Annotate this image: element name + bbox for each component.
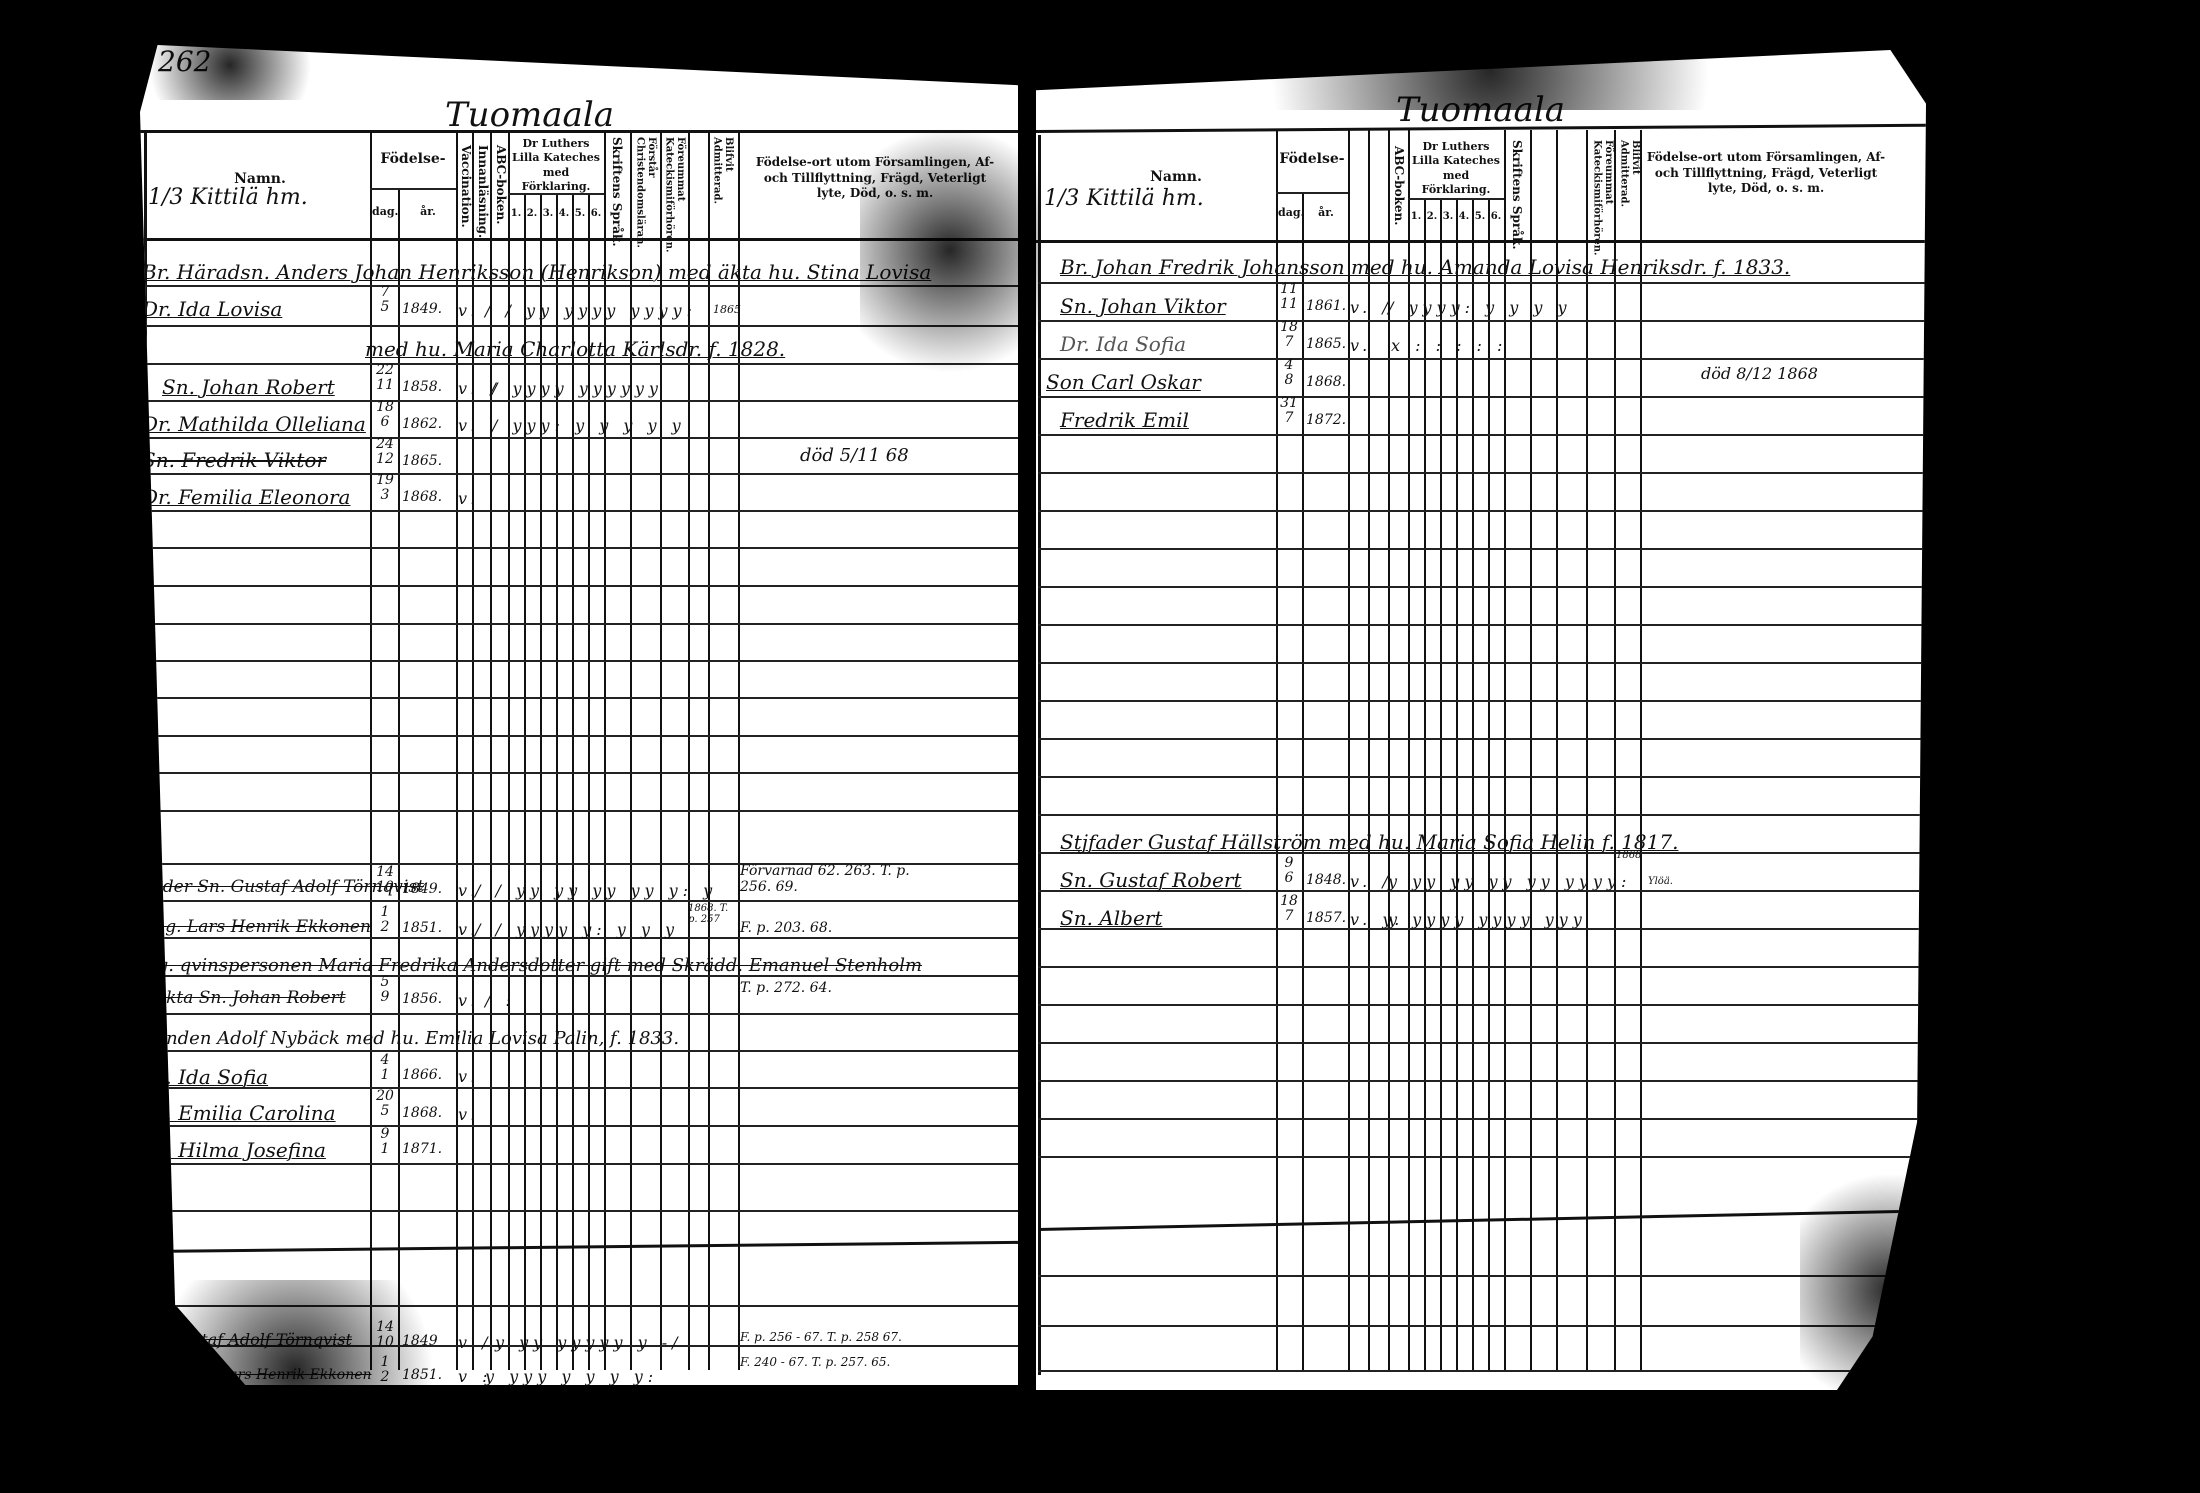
birth-year: 1862. (402, 416, 442, 432)
row-rule (144, 547, 1018, 549)
catechism-subheader-rule (1408, 198, 1504, 200)
entry-name: Dr. Ida Lovisa (142, 297, 282, 321)
name-header: Namn. (1116, 168, 1236, 186)
birth-day-header: dag. (1278, 206, 1302, 220)
vaccination-mark: v. (458, 301, 480, 320)
row-rule (144, 437, 1018, 439)
col-divider (524, 193, 526, 1370)
catechism-part-3: 3. (1440, 210, 1456, 223)
row-rule (144, 660, 1018, 662)
birth-day-month: 186 (375, 400, 395, 429)
row-rule (144, 1163, 1018, 1165)
row-rule (144, 400, 1018, 402)
row-rule (144, 1210, 1018, 1212)
col-divider (398, 188, 400, 1370)
entry-name: Fredrik Emil (1060, 408, 1189, 432)
col-divider (1488, 198, 1490, 1370)
col-divider (588, 193, 590, 1370)
vaccination-mark: v. (458, 1067, 480, 1086)
row-rule (1038, 472, 1926, 474)
remarks-note: T. p. 272. 64. (740, 980, 832, 996)
entry-name: Sn. Albert (1060, 906, 1162, 930)
birth-day-month: 1410 (375, 865, 395, 894)
entry-name: Dr. Ida Sofia (1060, 332, 1186, 356)
vaccination-mark: v. / (1350, 298, 1393, 317)
row-rule (1038, 434, 1926, 436)
col-divider (1440, 198, 1442, 1370)
communion-prep-header: Föreummat Kateckismiförhören. (663, 137, 686, 235)
birth-header: Födelse- (1278, 150, 1346, 168)
birth-year: 1849. (402, 301, 442, 317)
entry-name: Br. Johan Fredrik Johansson med hu. Aman… (1060, 255, 1790, 279)
remarks-header: Födelse-ort utom Församlingen, Af- och T… (1646, 150, 1886, 197)
birth-day-month: 12 (375, 905, 395, 934)
catechism-part-2: 2. (524, 207, 540, 220)
row-rule (144, 1013, 1018, 1015)
catechism-part-3: 3. (540, 207, 556, 220)
row-rule (1038, 1080, 1926, 1082)
catechism-part-5: 5. (572, 207, 588, 220)
catechism-marks: y yyy y y y y: (485, 1367, 658, 1386)
birth-day-month: 187 (1279, 320, 1299, 349)
col-divider (556, 193, 558, 1370)
row-rule (144, 585, 1018, 587)
abc-book-header: ABC-boken. (493, 145, 507, 235)
entry-name: Dr. Ida Sofia (142, 1065, 268, 1089)
col-divider (708, 130, 710, 1370)
scripture-header: Skriftens Språk. (1509, 140, 1523, 238)
row-rule (1038, 586, 1926, 588)
catechism-part-6: 6. (1488, 210, 1504, 223)
catechism-marks: / : (485, 991, 516, 1010)
birth-day-month: 2412 (375, 437, 395, 466)
entry-name: Og. qvinspersonen Maria Fredrika Andersd… (142, 955, 922, 976)
birth-year: 1858. (402, 379, 442, 395)
birth-year: 1865. (1306, 336, 1346, 352)
birth-year-header: år. (1304, 206, 1348, 220)
remarks-note: Förvarnad 62. 263. T. p. 256. 69. (740, 863, 940, 895)
birth-year: 1861. (1306, 298, 1346, 314)
row-rule (1038, 738, 1926, 740)
name-section-label: 1/3 Kittilä hm. (148, 185, 308, 210)
birth-day-month: 91 (375, 1127, 395, 1156)
scan-noise (1800, 1150, 1980, 1430)
birth-day-month: 317 (1279, 396, 1299, 425)
vaccination-mark: v. (1350, 336, 1372, 355)
entry-name: Dr. Emilia Carolina (142, 1101, 336, 1125)
entry-name: Dr. Femilia Eleonora (142, 485, 350, 509)
catechism-part-6: 6. (588, 207, 604, 220)
catechism-marks: y yy yy yy yy yyyy: (1388, 872, 1631, 891)
birth-year: 1848. (1306, 872, 1346, 888)
catechism-marks: y yyyy yyyy yyy (1388, 910, 1587, 929)
scan-noise (120, 30, 340, 100)
death-note: död 5/11 68 (800, 445, 909, 466)
row-rule (144, 1241, 1018, 1253)
col-divider (370, 130, 372, 1370)
row-rule (1038, 662, 1926, 664)
entry-name: Bonden Adolf Nybäck med hu. Emilia Lovis… (142, 1028, 679, 1049)
row-rule (144, 473, 1018, 475)
birth-subheader-rule (1276, 192, 1348, 194)
row-rule (1038, 282, 1926, 284)
catechism-part-1: 1. (508, 207, 524, 220)
row-rule (1038, 1325, 1926, 1327)
birth-year: 1865. (402, 453, 442, 469)
catechism-marks: / / yy yyyy yyyy: (485, 301, 697, 320)
row-rule (1038, 1370, 1926, 1372)
birth-subheader-rule (370, 188, 456, 190)
col-divider (540, 193, 542, 1370)
birth-day-month: 48 (1279, 358, 1299, 387)
catechism-part-1: 1. (1408, 210, 1424, 223)
entry-name: Oäkta Sn. Johan Robert (142, 988, 346, 1008)
catechism-part-5: 5. (1472, 210, 1488, 223)
reading-header: Innanläsning. (475, 145, 489, 235)
remarks-note: Ylöä. (1648, 876, 1673, 887)
row-rule (144, 510, 1018, 512)
entry-name: Sn. Johan Viktor (1060, 294, 1226, 318)
entry-name: med hu. Maria Charlotta Kärlsdr. f. 1828… (365, 337, 785, 361)
col-divider (1456, 198, 1458, 1370)
scan-noise (1180, 30, 1800, 110)
catechism-marks: / / yy yy yy yy y: y (475, 881, 717, 900)
col-divider (1302, 192, 1304, 1370)
admitted-header: Blifvit Admitterad. (711, 137, 734, 235)
row-rule (1038, 548, 1926, 550)
catechism-marks: x : : : : : (1391, 336, 1507, 355)
birth-year: 1868. (402, 489, 442, 505)
row-rule (1038, 320, 1926, 322)
row-rule (1038, 358, 1926, 360)
birth-year: 1851. (402, 920, 442, 936)
col-divider (572, 193, 574, 1370)
birth-year: 1849. (402, 881, 442, 897)
row-rule (1038, 776, 1926, 778)
entry-name: Stjfader Gustaf Hällström med hu. Maria … (1060, 830, 1678, 854)
catechism-marks: / yyyy yyyyyy (492, 379, 663, 398)
col-divider (738, 130, 740, 1370)
catechism-marks: / yyyy: y y y y (1388, 298, 1572, 317)
catechism-marks: / yyy: y y y y y (492, 416, 686, 435)
birth-day-header: dag. (372, 205, 398, 219)
row-rule (144, 623, 1018, 625)
row-rule (144, 735, 1018, 737)
row-rule (1038, 1156, 1926, 1158)
catechism-part-4: 4. (556, 207, 572, 220)
birth-day-month: 41 (375, 1053, 395, 1082)
birth-day-month: 2211 (375, 363, 395, 392)
birth-day-month: 205 (375, 1089, 395, 1118)
birth-day-month: 96 (1279, 856, 1299, 885)
vaccination-mark: v. (458, 1105, 480, 1124)
col-divider (1472, 198, 1474, 1370)
birth-day-month: 1111 (1279, 282, 1299, 311)
row-rule (1038, 700, 1926, 702)
entry-name: Sn. Johan Robert (162, 375, 335, 399)
col-divider (1586, 130, 1588, 1370)
entry-name: Aug. Lars Henrik Ekkonen (142, 917, 371, 937)
remarks-note: F. p. 256 - 67. T. p. 258 67. (740, 1330, 902, 1344)
birth-header: Födelse- (372, 150, 454, 168)
birth-year: 1868. (402, 1105, 442, 1121)
admitted-header: Blifvit Admitterad. (1618, 140, 1641, 238)
row-rule (144, 810, 1018, 812)
entry-name: Sn. Fredrik Viktor (142, 448, 326, 472)
vaccination-mark: v. / (1350, 872, 1393, 891)
catechism-marks: y yy yyyyy y -/ (495, 1333, 683, 1352)
row-rule (1038, 1004, 1926, 1006)
row-rule (1038, 814, 1926, 816)
birth-day-month: 193 (375, 473, 395, 502)
birth-day-month: 75 (375, 285, 395, 314)
row-rule (144, 900, 1018, 902)
birth-day-month: 59 (375, 975, 395, 1004)
communion-prep-header: Föreummat Kateckismiförhören. (1591, 140, 1614, 238)
scan-noise (860, 100, 1040, 400)
entry-name: Dr. Mathilda Olleliana (142, 412, 366, 436)
birth-year: 1872. (1306, 412, 1346, 428)
row-rule (144, 772, 1018, 774)
birth-day-month: 187 (1279, 894, 1299, 923)
catechism-part-4: 4. (1456, 210, 1472, 223)
birth-year: 1866. (402, 1067, 442, 1083)
catechism-header: Dr Luthers Lilla Kateches med Förklaring… (510, 137, 602, 194)
row-rule (144, 1125, 1018, 1127)
entry-name: Dr. Hilma Josefina (142, 1138, 326, 1162)
catechism-part-2: 2. (1424, 210, 1440, 223)
birth-year: 1868. (1306, 374, 1346, 390)
row-rule (1038, 396, 1926, 398)
row-rule (1038, 1275, 1926, 1277)
birth-year: 1856. (402, 991, 442, 1007)
col-divider (1276, 130, 1278, 1370)
birth-year: 1857. (1306, 910, 1346, 926)
vaccination-mark: v. (458, 489, 480, 508)
row-rule (144, 1087, 1018, 1089)
name-section-label: 1/3 Kittilä hm. (1044, 186, 1204, 211)
birth-year-header: år. (400, 205, 456, 219)
row-rule (1038, 966, 1926, 968)
row-rule (1038, 1118, 1926, 1120)
row-rule (1038, 510, 1926, 512)
row-rule (1038, 1209, 1926, 1231)
vaccination-header: Vaccination. (458, 145, 472, 235)
entry-name: Son Carl Oskar (1046, 370, 1201, 394)
row-rule (1038, 624, 1926, 626)
vaccination-mark: v. (458, 416, 480, 435)
row-rule (144, 697, 1018, 699)
row-rule (1038, 1042, 1926, 1044)
abc-book-header: ABC-boken. (1391, 146, 1405, 236)
entry-name: Br. Häradsn. Anders Johan Henriksson (He… (142, 260, 931, 284)
vaccination-mark: v. (458, 991, 480, 1010)
scripture-header: Skriftens Språk. (609, 137, 623, 235)
death-note: död 8/12 1868 (1701, 364, 1818, 383)
remarks-note: F. 240 - 67. T. p. 257. 65. (740, 1355, 910, 1369)
scan-noise (120, 1280, 470, 1460)
col-divider (1614, 130, 1616, 1370)
entry-name: Sn. Gustaf Robert (1060, 868, 1241, 892)
parish-heading: Tuomaala (445, 95, 614, 135)
understanding-header: Förstår Christendomsläran. (634, 137, 657, 235)
col-divider (1640, 130, 1642, 1370)
catechism-header: Dr Luthers Lilla Kateches med Förklaring… (1410, 140, 1502, 197)
admitted-year: 1865 (713, 303, 741, 316)
row-rule (144, 1050, 1018, 1052)
right-page: Tuomaala Namn. 1/3 Kittilä hm. Födelse- … (1036, 50, 1926, 1390)
catechism-marks: / / yyyy y: y y y (475, 920, 679, 939)
birth-year: 1871. (402, 1141, 442, 1157)
admitted-note: 1868. T. p. 257 (688, 903, 740, 925)
col-divider (1424, 198, 1426, 1370)
header-bottom-rule (1036, 240, 1926, 243)
remarks-note: F. p. 203. 68. (740, 920, 832, 936)
admitted-note: 1868 (1616, 850, 1641, 861)
